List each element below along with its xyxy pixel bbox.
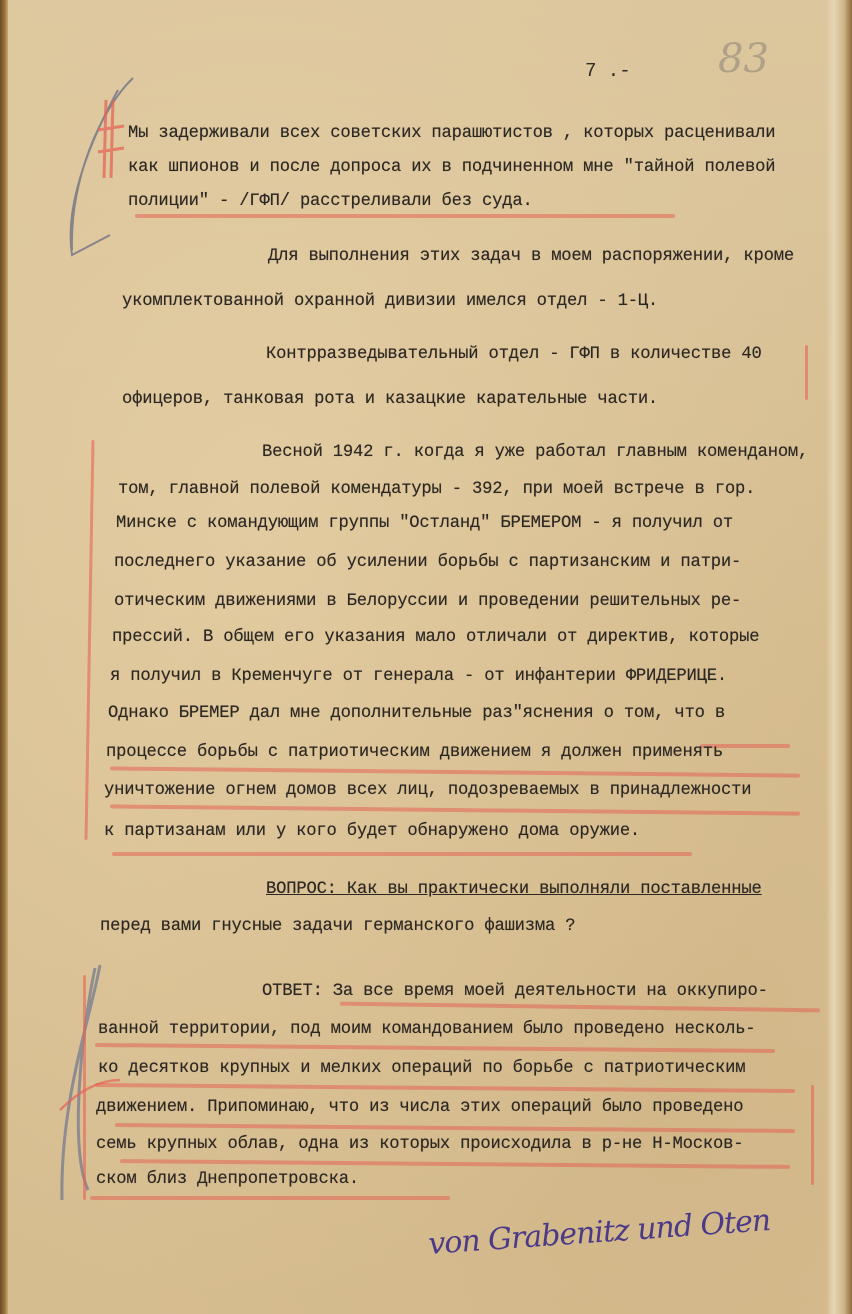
text-line: полиции" - /ГФП/ расстреливали без суда. — [128, 192, 533, 211]
text-line: офицеров, танковая рота и казацкие карат… — [122, 390, 658, 409]
text-line: том, главной полевой комендатуры - 392, … — [118, 480, 755, 499]
text-line: Мы задерживали всех советских парашютист… — [128, 124, 775, 143]
text-line: отическим движениями в Белоруссии и пров… — [114, 592, 741, 611]
text-line: Однако БРЕМЕР дал мне дополнительные раз… — [108, 704, 725, 723]
text-line: процессе борьбы с патриотическим движени… — [106, 743, 723, 762]
text-line: Для выполнения этих задач в моем распоря… — [268, 247, 794, 266]
text-line: Весной 1942 г. когда я уже работал главн… — [262, 443, 808, 462]
red-underline — [135, 214, 675, 218]
text-line: я получил в Кременчуге от генерала - от … — [110, 667, 727, 686]
text-line: последнего указание об усилении борьбы с… — [114, 553, 741, 572]
red-underline — [90, 1196, 450, 1200]
question-line: перед вами гнусные задачи германского фа… — [100, 917, 575, 936]
text-line: прессий. В общем его указания мало отлич… — [112, 628, 759, 647]
text-line: Минске с командующим группы "Остланд" БР… — [116, 514, 733, 533]
margin-redline — [805, 345, 808, 400]
text-line: как шпионов и после допроса их в подчине… — [128, 158, 775, 177]
document-page: 83 7 .- Мы задерживали всех советских па… — [0, 0, 852, 1314]
text-line: к партизанам или у кого будет обнаружено… — [104, 822, 640, 841]
text-line: ском близ Днепропетровска. — [96, 1170, 359, 1189]
question-line: ВОПРОС: Как вы практически выполняли пос… — [266, 880, 762, 899]
text-line: укомплектованной охранной дивизии имелся… — [122, 292, 658, 311]
margin-redline — [811, 1085, 814, 1185]
text-line: семь крупных облав, одна из которых прои… — [96, 1135, 743, 1154]
text-line: движением. Припоминаю, что из числа этих… — [96, 1098, 743, 1117]
text-line: ванной территории, под моим командование… — [98, 1020, 755, 1039]
text-line: ко десятков крупных и мелких операций по… — [98, 1059, 745, 1078]
red-underline — [112, 852, 692, 856]
text-line: Контрразведывательный отдел - ГФП в коли… — [266, 345, 762, 364]
answer-line: ОТВЕТ: За все время моей деятельности на… — [262, 982, 768, 1001]
margin-redline — [83, 975, 86, 1200]
text-line: уничтожение огнем домов всех лиц, подозр… — [104, 781, 751, 800]
